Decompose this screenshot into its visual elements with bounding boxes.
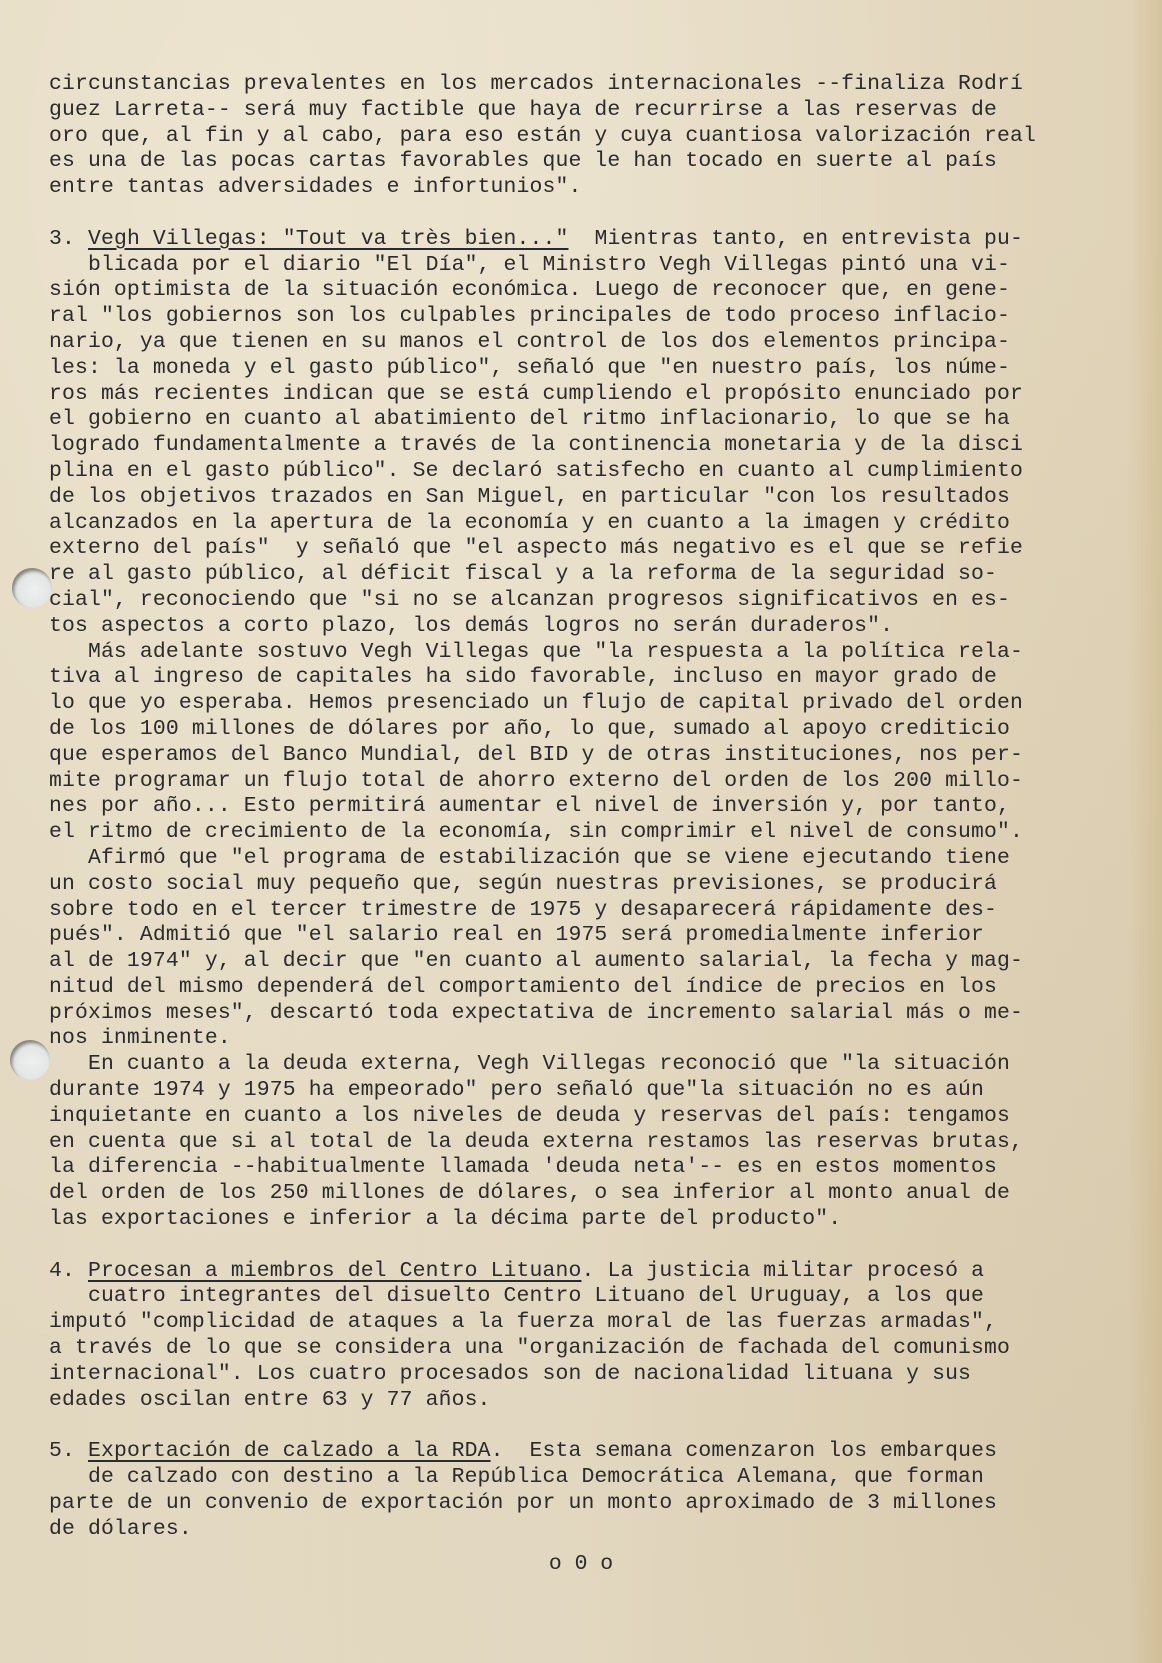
punch-hole-top — [12, 568, 52, 608]
text-line: nitud del mismo dependerá del comportami… — [49, 975, 1139, 1001]
section-5: 5. Exportación de calzado a la RDA. Esta… — [49, 1439, 1139, 1542]
spacer — [49, 201, 1139, 227]
section-number: 5. — [49, 1439, 75, 1463]
text-line: guez Larreta-- será muy factible que hay… — [49, 98, 1139, 124]
text-line: ral "los gobiernos son los culpables pri… — [49, 304, 1139, 330]
text-line: de calzado con destino a la República De… — [49, 1465, 1139, 1491]
text-line: entre tantas adversidades e infortunios"… — [49, 175, 1139, 201]
text-line: inquietante en cuanto a los niveles de d… — [49, 1104, 1139, 1130]
text-line: en cuenta que si al total de la deuda ex… — [49, 1130, 1139, 1156]
intro-paragraph: circunstancias prevalentes en los mercad… — [49, 72, 1139, 201]
text-line: tiva al ingreso de capitales ha sido fav… — [49, 665, 1139, 691]
text-line: cuatro integrantes del disuelto Centro L… — [49, 1284, 1139, 1310]
text-line: a través de lo que se considera una "org… — [49, 1336, 1139, 1362]
text-line: lo que yo esperaba. Hemos presenciado un… — [49, 691, 1139, 717]
spacer — [49, 1233, 1139, 1259]
text-line: sión optimista de la situación económica… — [49, 278, 1139, 304]
text-line: edades oscilan entre 63 y 77 años. — [49, 1388, 1139, 1414]
text-line: Afirmó que "el programa de estabilizació… — [49, 846, 1139, 872]
text-line: alcanzados en la apertura de la economía… — [49, 511, 1139, 537]
text-line: les: la moneda y el gasto público", seña… — [49, 356, 1139, 382]
text-line: blicada por el diario "El Día", el Minis… — [49, 253, 1139, 279]
section-title: Vegh Villegas: "Tout va très bien..." — [88, 227, 569, 251]
text-line: la diferencia --habitualmente llamada 'd… — [49, 1155, 1139, 1181]
text-line: pués". Admitió que "el salario real en 1… — [49, 923, 1139, 949]
text-line: parte de un convenio de exportación por … — [49, 1491, 1139, 1517]
text-line: logrado fundamentalmente a través de la … — [49, 433, 1139, 459]
text-line: al de 1974" y, al decir que "en cuanto a… — [49, 949, 1139, 975]
text-line: las exportaciones e inferior a la décima… — [49, 1207, 1139, 1233]
text-line: En cuanto a la deuda externa, Vegh Ville… — [49, 1052, 1139, 1078]
spacer — [49, 1413, 1139, 1439]
text-line: el ritmo de crecimiento de la economía, … — [49, 820, 1139, 846]
typewritten-document: circunstancias prevalentes en los mercad… — [49, 72, 1139, 1542]
text-line: internacional". Los cuatro procesados so… — [49, 1362, 1139, 1388]
text-line: cial", reconociendo que "si no se alcanz… — [49, 588, 1139, 614]
section-heading-line: 5. Exportación de calzado a la RDA. Esta… — [49, 1439, 1139, 1465]
text-line: próximos meses", descartó toda expectati… — [49, 1001, 1139, 1027]
text-line: nes por año... Esto permitirá aumentar e… — [49, 794, 1139, 820]
section-first-line-text: . Esta semana comenzaron los embarques — [491, 1439, 997, 1463]
text-line: de los objetivos trazados en San Miguel,… — [49, 485, 1139, 511]
text-line: mite programar un flujo total de ahorro … — [49, 769, 1139, 795]
text-line: oro que, al fin y al cabo, para eso está… — [49, 124, 1139, 150]
text-line: externo del país" y señaló que "el aspec… — [49, 536, 1139, 562]
section-heading-line: 4. Procesan a miembros del Centro Lituan… — [49, 1259, 1139, 1285]
text-line: tos aspectos a corto plazo, los demás lo… — [49, 614, 1139, 640]
text-line: es una de las pocas cartas favorables qu… — [49, 149, 1139, 175]
section-title: Exportación de calzado a la RDA — [88, 1439, 491, 1463]
text-line: del orden de los 250 millones de dólares… — [49, 1181, 1139, 1207]
section-3: 3. Vegh Villegas: "Tout va très bien..."… — [49, 227, 1139, 1233]
end-ornament: o 0 o — [0, 1552, 1162, 1576]
section-number: 3. — [49, 227, 75, 251]
text-line: de los 100 millones de dólares por año, … — [49, 717, 1139, 743]
section-first-line-text: Mientras tanto, en entrevista pu- — [568, 227, 1023, 251]
text-line: un costo social muy pequeño que, según n… — [49, 872, 1139, 898]
text-line: re al gasto público, al déficit fiscal y… — [49, 562, 1139, 588]
text-line: el gobierno en cuanto al abatimiento del… — [49, 407, 1139, 433]
text-line: imputó "complicidad de ataques a la fuer… — [49, 1310, 1139, 1336]
section-title: Procesan a miembros del Centro Lituano — [88, 1259, 582, 1283]
section-number: 4. — [49, 1259, 75, 1283]
text-line: nos inminente. — [49, 1026, 1139, 1052]
text-line: circunstancias prevalentes en los mercad… — [49, 72, 1139, 98]
text-line: que esperamos del Banco Mundial, del BID… — [49, 743, 1139, 769]
text-line: ros más recientes indican que se está cu… — [49, 382, 1139, 408]
text-line: nario, ya que tienen en su manos el cont… — [49, 330, 1139, 356]
text-line: durante 1974 y 1975 ha empeorado" pero s… — [49, 1078, 1139, 1104]
punch-hole-bottom — [10, 1040, 50, 1080]
text-line: de dólares. — [49, 1517, 1139, 1543]
section-first-line-text: . La justicia militar procesó a — [581, 1259, 984, 1283]
section-4: 4. Procesan a miembros del Centro Lituan… — [49, 1259, 1139, 1414]
text-line: plina en el gasto público". Se declaró s… — [49, 459, 1139, 485]
section-heading-line: 3. Vegh Villegas: "Tout va très bien..."… — [49, 227, 1139, 253]
text-line: sobre todo en el tercer trimestre de 197… — [49, 898, 1139, 924]
text-line: Más adelante sostuvo Vegh Villegas que "… — [49, 640, 1139, 666]
